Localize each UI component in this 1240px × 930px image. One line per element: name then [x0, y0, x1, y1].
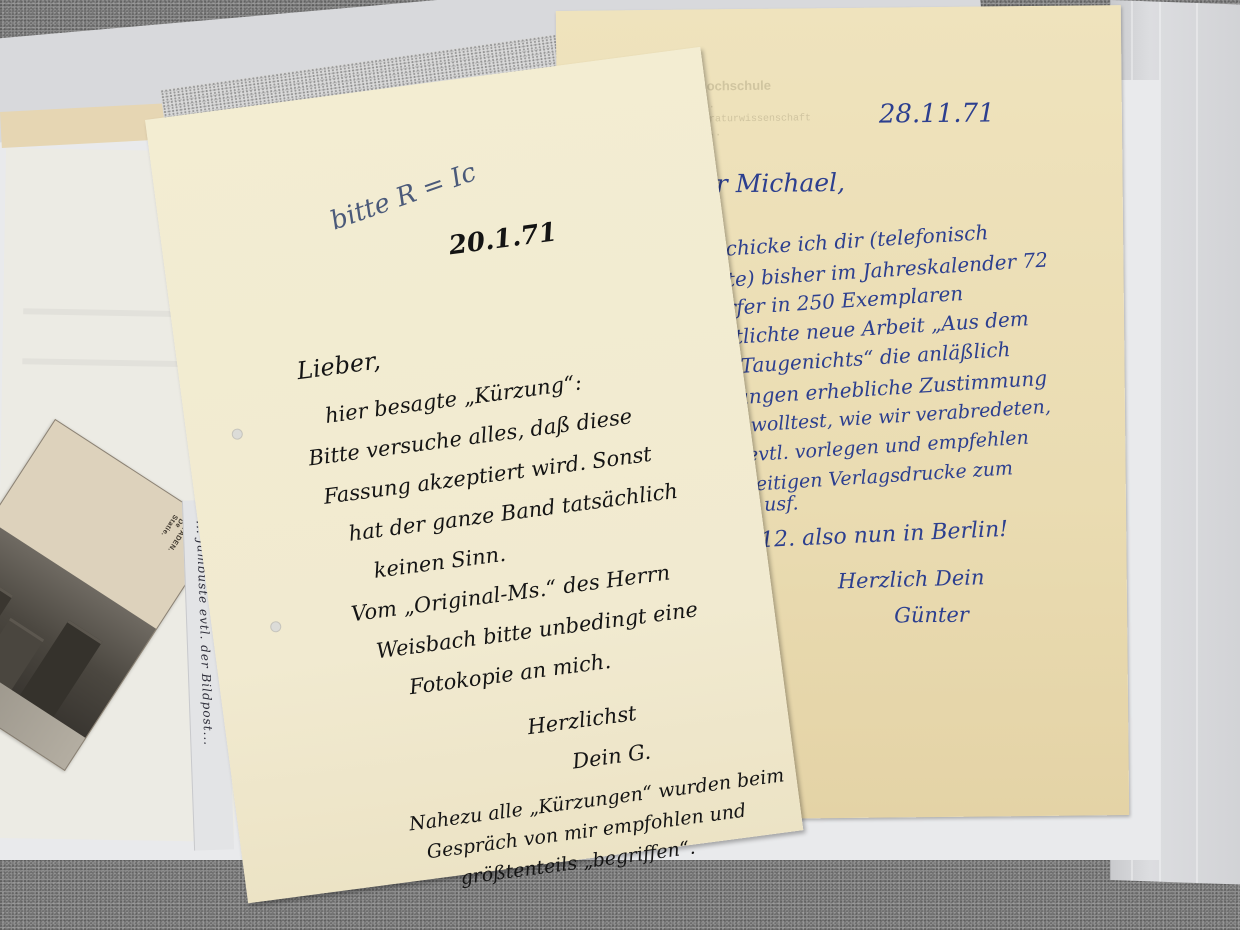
closing-line: Herzlichst	[526, 701, 638, 739]
closing-line: Herzlich Dein	[837, 565, 984, 593]
faint-typed-line	[23, 308, 183, 317]
letter-date: 20.1.71	[447, 217, 559, 261]
letter-date: 28.11.71	[879, 98, 995, 129]
signature: Dein G.	[571, 740, 652, 774]
punch-hole	[270, 621, 282, 633]
body-line: keinen Sinn.	[372, 542, 507, 583]
faint-typed-line	[22, 358, 202, 367]
punch-hole	[231, 428, 243, 440]
letter-left-black-ink: bitte R = Ic 20.1.71 Lieber, hier besagt…	[145, 47, 803, 903]
letter-salutation: Lieber,	[295, 346, 382, 385]
box-stripe	[1196, 3, 1198, 883]
signature: Günter	[894, 603, 969, 628]
pencil-note: bitte R = Ic	[327, 157, 481, 236]
body-line: Fotokopie an mich.	[408, 649, 612, 699]
